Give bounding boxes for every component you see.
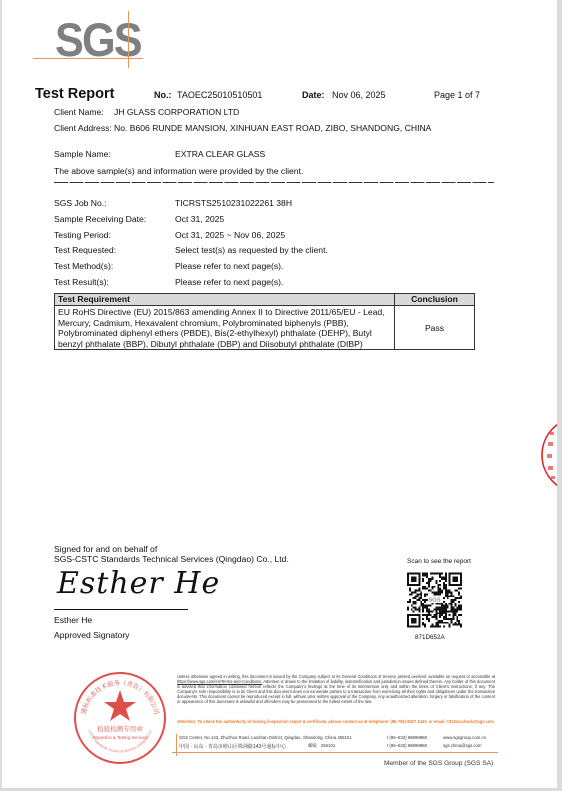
telephone-1: t (86–532) 68999888 <box>387 735 427 740</box>
sample-note: The above sample(s) and information were… <box>54 166 303 176</box>
test-results-value: Please refer to next page(s). <box>175 277 283 287</box>
address-chinese: 中国 · 山东 · 青岛市崂山区株洲路143号通标中心 <box>179 743 286 750</box>
requirement-cell: EU RoHS Directive (EU) 2015/863 amending… <box>55 306 395 350</box>
signing-company: SGS-CSTC Standards Technical Services (Q… <box>54 554 289 564</box>
report-no-label: No.: <box>154 90 172 100</box>
test-methods-label: Test Method(s): <box>54 261 113 271</box>
terms-and-conditions: Unless otherwise agreed in writing, this… <box>177 675 495 704</box>
signed-on-behalf: Signed for and on behalf of <box>54 544 157 554</box>
conclusion-cell: Pass <box>395 306 475 350</box>
testing-period-label: Testing Period: <box>54 230 111 240</box>
qr-center-label: SGS <box>429 597 441 603</box>
logo-accent-line-vertical <box>128 11 129 68</box>
report-no-value: TAOEC25010510501 <box>177 90 262 100</box>
dashed-separator <box>54 182 494 183</box>
table-row: EU RoHS Directive (EU) 2015/863 amending… <box>55 306 475 350</box>
header-test-requirement: Test Requirement <box>55 294 395 306</box>
test-results-label: Test Result(s): <box>54 277 109 287</box>
handwritten-signature: Esther He <box>57 566 220 601</box>
table-header-row: Test Requirement Conclusion <box>55 294 475 306</box>
signature-line <box>54 609 188 610</box>
receiving-date-value: Oct 31, 2025 <box>175 214 224 224</box>
job-no-label: SGS Job No.: <box>54 198 107 208</box>
date-value: Nov 06, 2025 <box>332 90 386 100</box>
email-link[interactable]: sgs.china@sgs.com <box>443 743 482 748</box>
date-label: Date: <box>302 90 325 100</box>
page-number: Page 1 of 7 <box>434 90 480 100</box>
signatory-name: Esther He <box>54 615 92 625</box>
logo-accent-line <box>33 58 143 59</box>
test-requirement-table: Test Requirement Conclusion EU RoHS Dire… <box>54 293 475 350</box>
qr-caption: Scan to see the report <box>407 558 471 565</box>
report-page: SGS Test Report No.: TAOEC25010510501 Da… <box>2 0 557 788</box>
qr-verification-code: 871D652A <box>415 634 445 641</box>
website-link[interactable]: www.sgsgroup.com.cn <box>443 735 486 740</box>
client-name-value: JH GLASS CORPORATION LTD <box>114 107 239 117</box>
seal-english-text: Inspection & Testing Services <box>93 735 148 740</box>
postcode-chinese: 邮编：266101 <box>308 743 335 749</box>
client-name-label: Client Name: <box>54 107 104 117</box>
test-requested-value: Select test(s) as requested by the clien… <box>175 245 328 255</box>
authenticity-notice: Attention: To check the authenticity of … <box>177 720 495 725</box>
test-methods-value: Please refer to next page(s). <box>175 261 283 271</box>
page-title: Test Report <box>35 86 115 102</box>
viewer-border-right <box>557 0 562 791</box>
test-requested-label: Test Requested: <box>54 245 116 255</box>
sample-name-label: Sample Name: <box>54 149 111 159</box>
testing-period-value: Oct 31, 2025 ~ Nov 06, 2025 <box>175 230 285 240</box>
sgs-group-member: Member of the SGS Group (SGS SA) <box>384 760 493 767</box>
qr-code-icon[interactable]: SGS <box>407 566 462 634</box>
client-address-label: Client Address: <box>54 123 112 133</box>
address-english: SGS Center, No.143, Zhuzhou Road, Laosha… <box>179 735 352 740</box>
signatory-title: Approved Signatory <box>54 630 129 640</box>
seal-center-text: 检验检测专用章 <box>97 724 143 733</box>
telephone-2: t (86–532) 68999888 <box>387 743 427 748</box>
header-conclusion: Conclusion <box>395 294 475 306</box>
sample-name-value: EXTRA CLEAR GLASS <box>175 149 265 159</box>
job-no-value: TICRSTS2510231022261 38H <box>175 198 292 208</box>
footer-accent-line <box>172 752 498 753</box>
receiving-date-label: Sample Receiving Date: <box>54 214 146 224</box>
client-address-value: No. B606 RUNDE MANSION, XINHUAN EAST ROA… <box>114 123 431 133</box>
official-seal-icon: 通标标准技术服务（青岛）有限公司 检验检测专用章 Inspection & Te… <box>70 668 170 768</box>
